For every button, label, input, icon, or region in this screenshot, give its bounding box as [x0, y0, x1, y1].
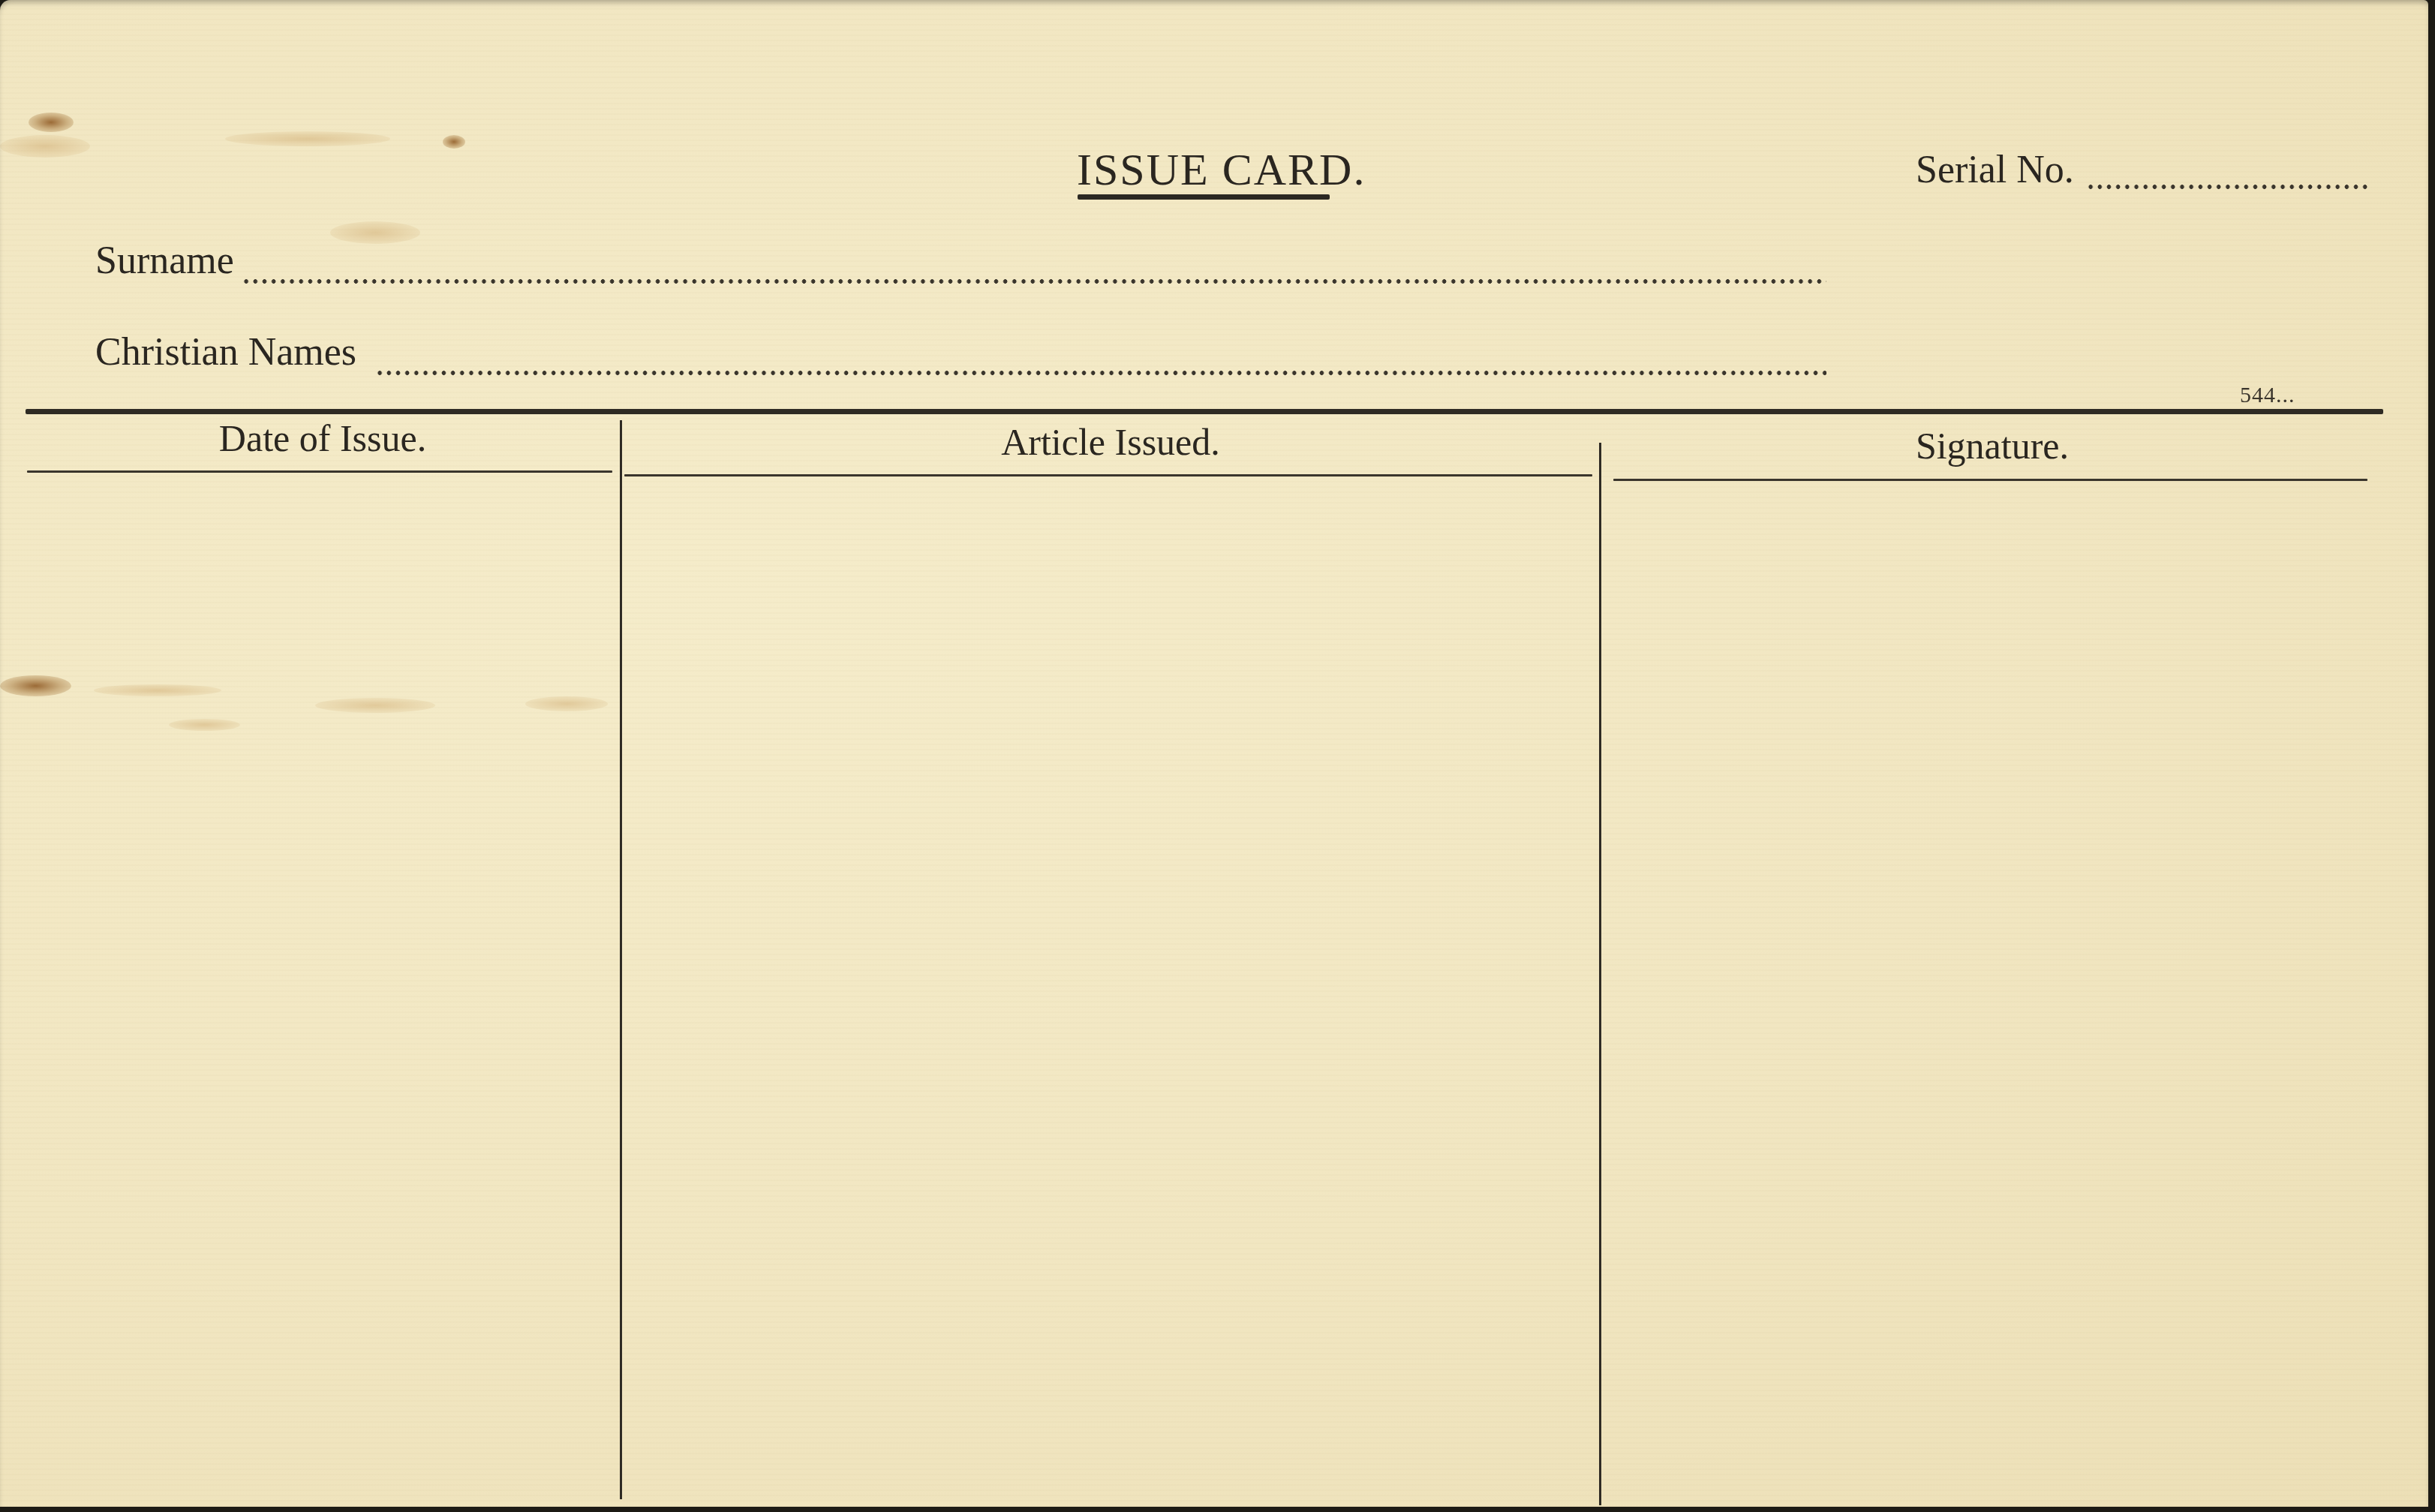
stain-mark	[225, 131, 390, 146]
christian-names-field[interactable]	[375, 371, 1826, 375]
signature-column[interactable]	[1604, 484, 2425, 1501]
surname-label: Surname	[95, 239, 234, 283]
column-header-article-issued: Article Issued.	[623, 420, 1598, 464]
serial-number-field[interactable]	[2086, 185, 2371, 189]
serial-number-label: Serial No.	[1916, 148, 2074, 192]
column-divider-1	[620, 420, 622, 1499]
christian-names-label: Christian Names	[95, 330, 356, 374]
column-underline-article	[624, 474, 1592, 476]
stain-mark	[29, 113, 74, 132]
title-underline	[1078, 194, 1330, 200]
article-issued-column[interactable]	[624, 484, 1596, 1501]
form-number: 544...	[2240, 383, 2295, 408]
column-underline-date	[27, 470, 612, 473]
column-header-date-of-issue: Date of Issue.	[26, 416, 619, 460]
column-header-signature: Signature.	[1606, 424, 2379, 467]
stain-mark	[0, 135, 90, 158]
issue-card: ISSUE CARD. Serial No. Surname Christian…	[0, 0, 2428, 1507]
column-divider-2	[1599, 443, 1601, 1505]
stain-mark	[443, 135, 465, 149]
stain-mark	[330, 221, 420, 244]
header-divider	[26, 409, 2383, 414]
surname-field[interactable]	[242, 279, 1826, 284]
column-underline-signature	[1613, 479, 2367, 481]
card-title: ISSUE CARD.	[1077, 144, 1366, 196]
date-of-issue-column[interactable]	[27, 484, 616, 1501]
